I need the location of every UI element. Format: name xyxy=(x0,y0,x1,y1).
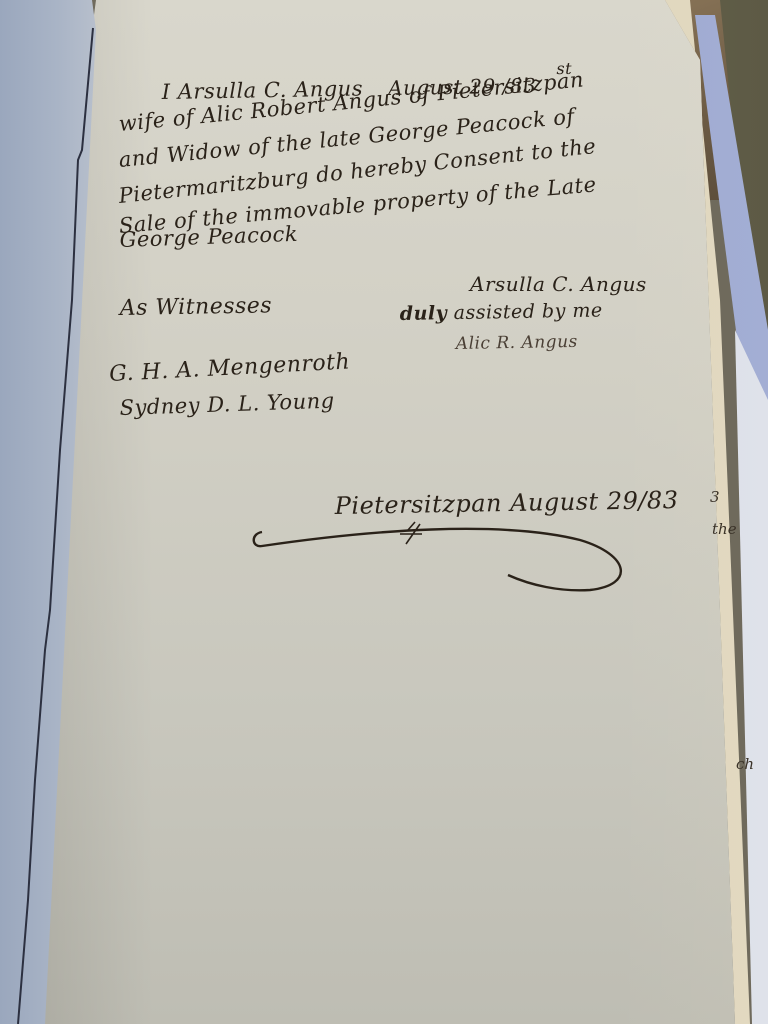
body-line-6: George Peacock xyxy=(119,222,298,252)
assisted-prefix: duly xyxy=(400,302,448,325)
photo-scene: I Arsulla C. Angus August 29 /83 st wife… xyxy=(0,0,768,1024)
margin-note-3: ch xyxy=(736,755,754,773)
witness-signature-1: G. H. A. Mengenroth xyxy=(109,349,351,387)
handwritten-content: I Arsulla C. Angus August 29 /83 st wife… xyxy=(0,0,768,1024)
signature-flourish xyxy=(250,520,640,600)
margin-note-1: 3 xyxy=(710,488,720,506)
assisted-text: assisted by me xyxy=(447,299,603,324)
witness-signature-2: Sydney D. L. Young xyxy=(119,389,335,420)
assisted-by-line: duly assisted by me xyxy=(400,299,603,325)
husband-signature: Alic R. Angus xyxy=(456,332,578,354)
margin-note-2: the xyxy=(712,520,737,538)
place-and-date: Pietersitzpan August 29/83 xyxy=(335,486,679,520)
witness-label: As Witnesses xyxy=(120,293,273,321)
declarant-signature: Arsulla C. Angus xyxy=(470,272,647,296)
